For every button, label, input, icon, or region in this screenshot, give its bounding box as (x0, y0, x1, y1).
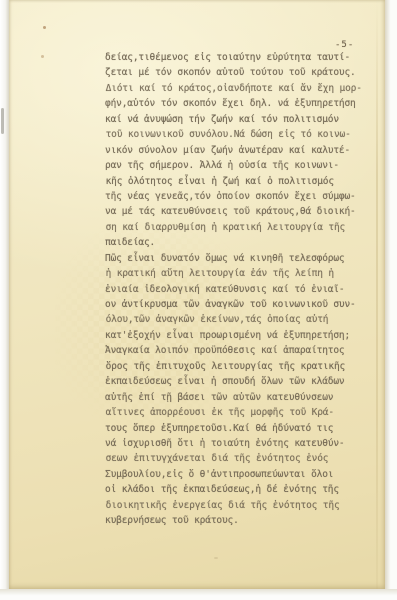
text-line: νικόν σύνολον μίαν ζωήν ἀνωτέραν καί καλ… (105, 143, 373, 158)
text-line: τους ὅπερ ἐξυπηρετοῦσι.Καί θά ἠδύνατό τι… (105, 421, 373, 436)
scan-right-edge (385, 0, 397, 600)
text-line: δείας,τιθέμενος εἰς τοιαύτην εὐρύτητα τα… (105, 50, 373, 65)
scan-bottom-edge (0, 589, 397, 600)
text-line: ον ἀντίκρυσμα τῶν ἀναγκῶν τοῦ κοινωνικοῦ… (105, 297, 373, 312)
text-line: ραν τῆς σήμερον. Ἀλλά ἡ οὐσία τῆς κοινων… (105, 158, 373, 173)
text-line: κυβερνήσεως τοῦ κράτους. (105, 513, 373, 528)
paper-fold-line (376, 0, 378, 589)
text-line: αἵτινες ἀπορρέουσι ἐκ τῆς μορφῆς τοῦ Κρά… (106, 405, 374, 420)
text-line: κατ'ἐξοχήν εἶναι προωρισμένη νά ἐξυπηρετ… (105, 328, 373, 343)
page-number: -5- (335, 40, 354, 50)
typewritten-text: δείας,τιθέμενος εἰς τοιαύτην εὐρύτητα τα… (105, 50, 373, 529)
text-line: διοικητικῆς ἐνεργείας διά τῆς ἑνότητος τ… (106, 498, 374, 513)
scan-background: -5- δείας,τιθέμενος εἰς τοιαύτην εὐρύτητ… (0, 0, 397, 600)
scan-left-edge (0, 0, 9, 600)
text-line: αὐτῆς ἐπί τῇ βάσει τῶν αὐτῶν κατευθύνσεω… (105, 390, 373, 405)
text-line: σεων ἐπιτυγχάνεται διά τῆς ἑνότητος ἑνός (106, 451, 374, 466)
text-line: παιδείας. (105, 235, 373, 250)
text-line: οἱ κλάδοι τῆς ἐκπαιδεύσεως,ἡ δέ ἑνότης τ… (105, 482, 373, 497)
text-line: ἐκπαιδεύσεως εἶναι ἡ σπουδή ὅλων τῶν κλά… (105, 374, 373, 389)
text-line: ζεται μέ τόν σκοπόν αὐτοῦ τούτου τοῦ κρά… (105, 65, 373, 80)
text-line: κῆς ὁλότητος εἶναι ἡ ζωή καί ὁ πολιτισμό… (106, 174, 374, 189)
text-line: ἡ κρατική αὕτη λειτουργία ἐάν τῆς λείπη … (106, 266, 374, 281)
text-line: ἑνιαία ἰδεολογική κατεύθυνσις καί τό ἑνι… (105, 282, 373, 297)
text-line: τοῦ κοινωνικοῦ συνόλου.Νά δώση εἰς τό κο… (106, 127, 374, 142)
text-line: φήν,αὐτόν τόν σκοπόν ἔχει δηλ. νά ἐξυπηρ… (105, 96, 373, 111)
text-line: Διότι καί τό κράτος,οἱανδήποτε καί ἄν ἔχ… (106, 81, 374, 96)
text-line: καί νά ἀνυψώση τήν ζωήν καί τόν πολιτισμ… (105, 112, 373, 127)
scan-edge-mark (1, 108, 4, 134)
text-line: Πῶς εἶναι δυνατόν ὅμως νά κινηθῆ τελεσφό… (105, 251, 373, 266)
paper-speck (41, 55, 44, 58)
text-line: όλου,τῶν ἀναγκῶν ἐκείνων,τάς ὁποίας αὐτή (106, 312, 374, 327)
text-line: νά ἰσχυρισθῆ ὅτι ἡ τοιαύτη ἑνότης κατευθ… (105, 436, 373, 451)
text-line: τῆς νέας γενεᾶς,τόν ὁποίον σκοπόν ἔχει σ… (105, 189, 373, 204)
document-page: -5- δείας,τιθέμενος εἰς τοιαύτην εὐρύτητ… (9, 0, 385, 589)
paper-speck (43, 26, 46, 29)
text-line: ση καί διαρρυθμίση ἡ κρατική λειτουργία … (106, 220, 374, 235)
text-line: Ἀναγκαία λοιπόν προϋπόθεσις καί ἀπαραίτη… (105, 343, 373, 358)
text-line: ὅρος τῆς ἐπιτυχοῦς λειτουργίας τῆς κρατι… (106, 359, 374, 374)
text-line: Συμβουλίου,εἰς ὅ θ'ἀντιπροσωπεύωνται ὅλο… (105, 467, 373, 482)
paper-speck (214, 557, 218, 559)
text-line: να μέ τάς κατευθύνσεις τοῦ κράτους,θά δι… (105, 204, 373, 219)
